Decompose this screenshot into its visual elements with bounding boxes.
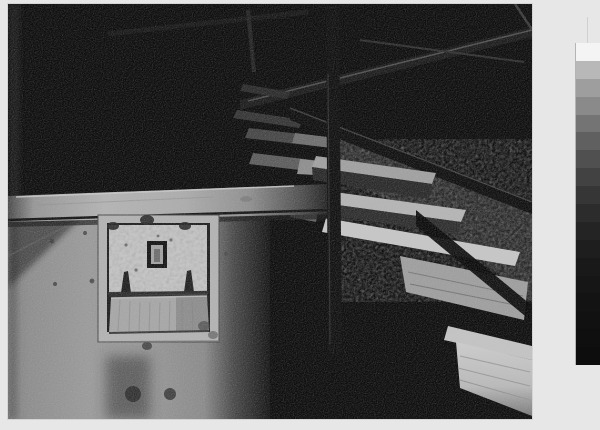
wall-speck-3 (90, 279, 95, 284)
niche-speck-4 (157, 235, 160, 238)
niche-speck-1 (124, 243, 127, 246)
gray-step-4 (576, 97, 600, 115)
gray-step-15 (576, 293, 600, 311)
wall-stain-small (142, 342, 152, 350)
niche-top-blob-right (179, 222, 191, 230)
gray-step-3 (576, 79, 600, 97)
wall-stain-right (164, 388, 176, 400)
niche-smudge-2 (208, 331, 218, 339)
gray-step-12 (576, 240, 600, 258)
wall-stain-left (125, 386, 141, 402)
gray-step-1 (576, 43, 600, 61)
scratch-mark (587, 17, 588, 43)
wall-speck-1 (50, 239, 55, 244)
wall-vertical-streak (106, 356, 150, 419)
left-edge-sheen (8, 4, 20, 214)
gray-step-17 (576, 329, 600, 347)
niche-speck-2 (169, 238, 172, 241)
wall-speck-2 (83, 231, 87, 235)
gray-step-5 (576, 115, 600, 133)
niche-top-blob-left (107, 222, 119, 230)
gray-step-16 (576, 311, 600, 329)
gray-step-18 (576, 347, 600, 365)
niche-top-blob-center (140, 215, 154, 225)
photo-svg (8, 4, 532, 419)
calibration-strip (575, 43, 600, 365)
gray-step-8 (576, 168, 600, 186)
gray-step-9 (576, 186, 600, 204)
scene-shapes (8, 4, 532, 419)
gray-step-13 (576, 258, 600, 276)
niche-smudge-1 (198, 321, 210, 331)
gray-step-14 (576, 276, 600, 294)
gray-step-10 (576, 204, 600, 222)
gray-step-11 (576, 222, 600, 240)
wall-speck-4 (53, 282, 57, 286)
gray-step-6 (576, 132, 600, 150)
niche-speck-3 (134, 268, 137, 271)
photograph (8, 4, 532, 419)
niche-bottom-line (98, 341, 219, 342)
gray-step-7 (576, 150, 600, 168)
picture-figure (154, 249, 160, 262)
beam-knot (240, 196, 252, 202)
gray-step-2 (576, 61, 600, 79)
wall-speck-5 (224, 252, 228, 256)
